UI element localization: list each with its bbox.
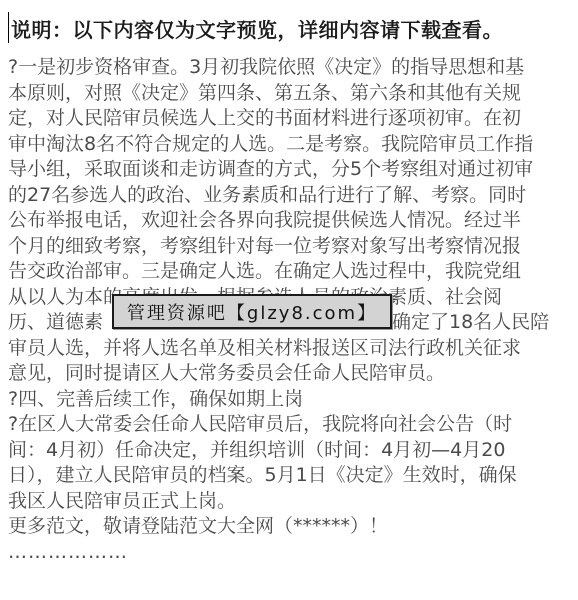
preview-notice: 说明：以下内容仅为文字预览，详细内容请下载查看。 (11, 14, 503, 43)
text-line: ?四、完善后续工作，确保如期上岗 (8, 387, 574, 413)
text-line: 间：4月初）任命决定，并组织培训（时间：4月初—4月20 (8, 438, 574, 464)
document-preview-page: 说明：以下内容仅为文字预览，详细内容请下载查看。 ?一是初步资格审查。3月初我院… (0, 0, 578, 600)
dots-line: ……………… (8, 540, 574, 566)
watermark-badge: 管理资源吧【glzy8.com】 (112, 294, 392, 329)
text-line: ?一是初步资格审查。3月初我院依照《决定》的指导思想和基 (8, 55, 574, 81)
text-cursor (8, 12, 9, 43)
text-fragment-left: 历、道德素 (8, 311, 103, 333)
text-line: ?在区人大常委会任命人民陪审员后，我院将向社会公告（时 (8, 412, 574, 438)
text-line: 更多范文，敬请登陆范文大全网（******）！ (8, 514, 574, 540)
text-line: 我区人民陪审员正式上岗。 (8, 489, 574, 515)
watermark-text: 管理资源吧【glzy8.com】 (127, 299, 377, 325)
text-line: 意见，同时提请区人大常务委员会任命人民陪审员。 (8, 361, 574, 387)
text-line: 的27名参选人的政治、业务素质和品行进行了解、考察。同时 (8, 183, 574, 209)
text-line: 公布举报电话，欢迎社会各界向我院提供候选人情况。经过半 (8, 208, 574, 234)
text-line: 审中淘汰8名不符合规定的人选。二是考察。我院陪审员工作指 (8, 132, 574, 158)
text-line: 个月的细致考察，考察组针对每一位考察对象写出考察情况报 (8, 234, 574, 260)
text-line: 本原则，对照《决定》第四条、第五条、第六条和其他有关规 (8, 81, 574, 107)
text-line: 导小组，采取面谈和走访调查的方式，分5个考察组对通过初审 (8, 157, 574, 183)
text-line: 定，对人民陪审员候选人上交的书面材料进行逐项初审。在初 (8, 106, 574, 132)
text-line: 审员人选，并将人选名单及相关材料报送区司法行政机关征求 (8, 336, 574, 362)
text-line: 日），建立人民陪审员的档案。5月1日《决定》生效时，确保 (8, 463, 574, 489)
text-line: 告交政治部审。三是确定人选。在确定人选过程中，我院党组 (8, 259, 574, 285)
text-fragment-right: 确定了18名人民陪 (392, 310, 549, 336)
